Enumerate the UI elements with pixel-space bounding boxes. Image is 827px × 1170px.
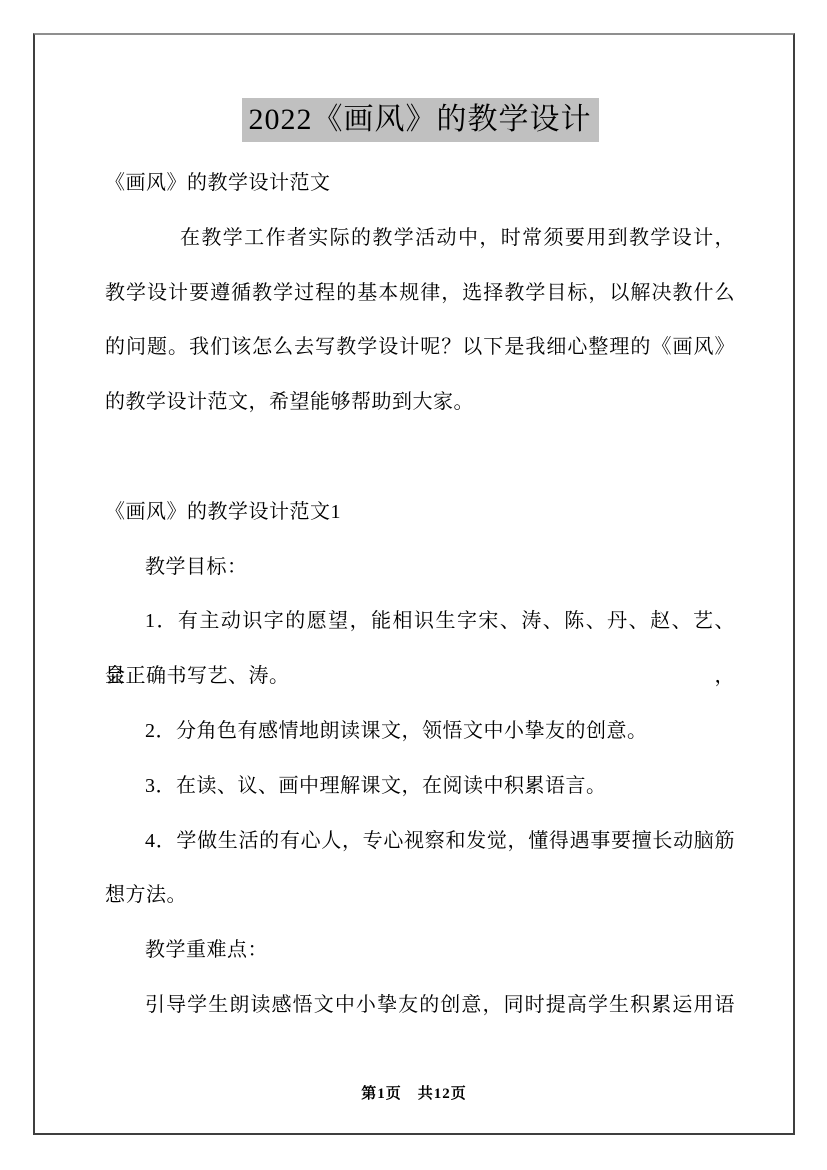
paragraph-line: 《画风》的教学设计范文 [105,156,735,211]
paragraph-line: 的问题。我们该怎么去写教学设计呢？以下是我细心整理的《画风》 [105,320,735,375]
paragraph-line: 在教学工作者实际的教学活动中，时常须要用到教学设计， [105,211,735,266]
document-page: 2022《画风》的教学设计 《画风》的教学设计范文 在教学工作者实际的教学活动中… [33,33,795,1135]
paragraph-line: 想方法。 [105,868,735,923]
paragraph-line: 教学目标： [105,540,735,595]
paragraph-line: 引导学生朗读感悟文中小挚友的创意，同时提高学生积累运用语 [105,978,735,1033]
paragraph-line: 3．在读、议、画中理解课文，在阅读中积累语言。 [105,759,735,814]
page-number: 第1页 共12页 [35,1082,793,1103]
blank-line [105,430,735,485]
page-content: 2022《画风》的教学设计 《画风》的教学设计范文 在教学工作者实际的教学活动中… [105,35,735,1033]
paragraph-line: 4．学做生活的有心人，专心视察和发觉，懂得遇事要擅长动脑筋 [105,814,735,869]
document-viewport: { "title": "2022《画风》的教学设计", "colors": { … [0,0,827,1170]
body-text: 《画风》的教学设计范文 在教学工作者实际的教学活动中，时常须要用到教学设计， 教… [105,156,735,1033]
page-title: 2022《画风》的教学设计 [242,98,599,142]
paragraph-line: 的教学设计范文，希望能够帮助到大家。 [105,375,735,430]
paragraph-line: 教学重难点： [105,923,735,978]
paragraph-line: 1．有主动识字的愿望，能相识生字宋、涛、陈、丹、赵、艺、显， [105,594,735,649]
title-row: 2022《画风》的教学设计 [105,98,735,142]
paragraph-line: 教学设计要遵循教学过程的基本规律，选择教学目标，以解决教什么 [105,266,735,321]
section-heading: 《画风》的教学设计范文1 [105,485,735,540]
paragraph-line: 2．分角色有感情地朗读课文，领悟文中小挚友的创意。 [105,704,735,759]
